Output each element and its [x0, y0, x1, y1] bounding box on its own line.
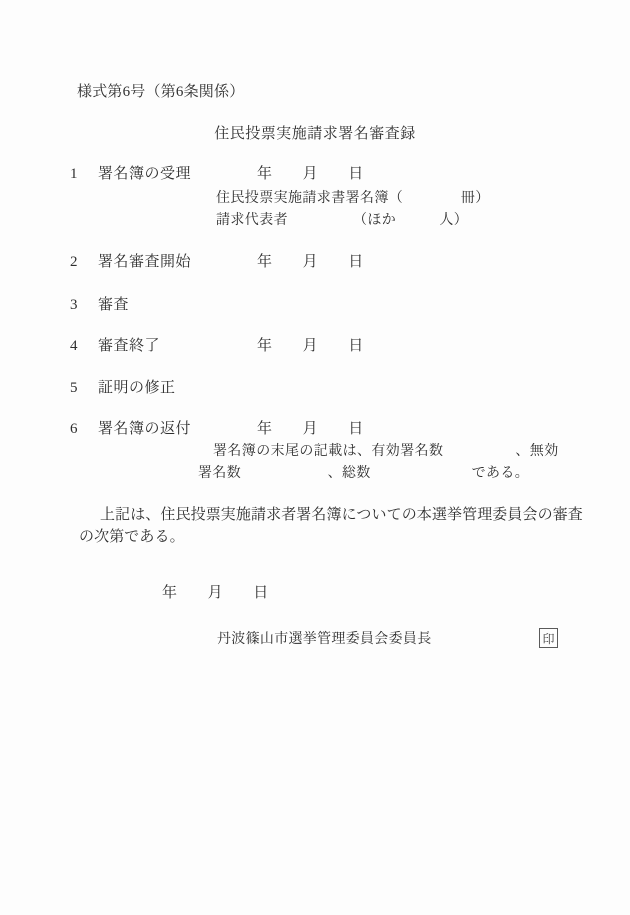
item-row-1: 1 署名簿の受理 年 月 日	[0, 166, 630, 184]
item-date-blank: 年 月 日	[257, 166, 363, 183]
closing-paragraph-line-1: 上記は、住民投票実施請求者署名簿についての本選挙管理委員会の審査	[100, 507, 583, 524]
item-row-5: 5 証明の修正	[0, 380, 630, 398]
signature-date-blank: 年 月 日	[162, 585, 268, 602]
item-row-2: 2 署名審査開始 年 月 日	[0, 254, 630, 272]
item-1-subline-representative: 請求代表者 （ほか 人）	[216, 213, 468, 229]
item-row-3: 3 審査	[0, 297, 630, 315]
form-number: 様式第6号（第6条関係）	[77, 84, 244, 101]
item-1-subline-books: 住民投票実施請求書署名簿（ 冊）	[216, 191, 490, 207]
document-page: 様式第6号（第6条関係） 住民投票実施請求署名審査録 1 署名簿の受理 年 月 …	[0, 0, 630, 915]
item-number: 4	[70, 338, 78, 355]
item-row-4: 4 審査終了 年 月 日	[0, 338, 630, 356]
seal-label: 印	[542, 630, 554, 647]
item-date-blank: 年 月 日	[257, 421, 363, 438]
seal-box: 印	[539, 628, 558, 648]
item-number: 6	[70, 421, 78, 438]
item-label: 署名簿の受理	[98, 166, 191, 183]
item-number: 3	[70, 297, 78, 314]
item-date-blank: 年 月 日	[257, 338, 363, 355]
item-number: 1	[70, 166, 78, 183]
item-6-subline-valid-signatures: 署名簿の末尾の記載は、有効署名数 、無効	[213, 444, 559, 460]
item-label: 署名簿の返付	[98, 421, 191, 438]
item-number: 5	[70, 380, 78, 397]
item-date-blank: 年 月 日	[257, 254, 363, 271]
item-6-subline-totals: 署名数 、総数 である。	[198, 466, 529, 482]
item-row-6: 6 署名簿の返付 年 月 日	[0, 421, 630, 439]
item-number: 2	[70, 254, 78, 271]
document-title: 住民投票実施請求署名審査録	[0, 126, 630, 143]
item-label: 証明の修正	[98, 380, 176, 397]
signer-title: 丹波篠山市選挙管理委員会委員長	[217, 632, 432, 648]
item-label: 審査終了	[98, 338, 160, 355]
item-label: 審査	[98, 297, 129, 314]
closing-paragraph-line-2: の次第である。	[79, 529, 185, 546]
item-label: 署名審査開始	[98, 254, 191, 271]
